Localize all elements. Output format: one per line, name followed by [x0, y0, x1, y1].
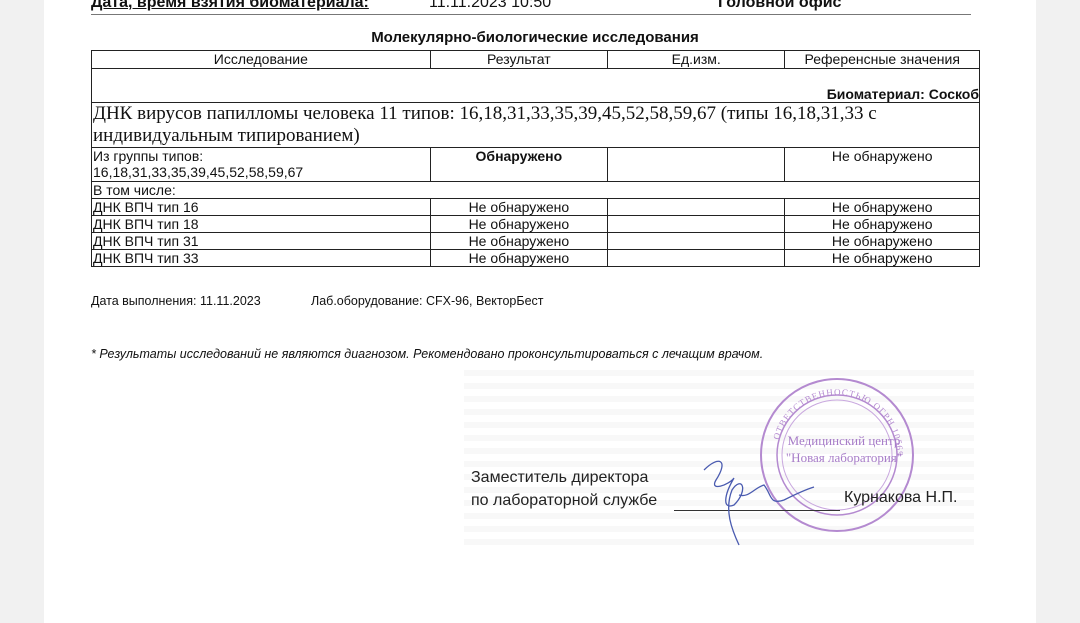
table-row: ДНК ВПЧ тип 18 Не обнаружено Не обнаруже… — [92, 216, 980, 233]
completion-date: Дата выполнения: 11.11.2023 — [91, 294, 261, 308]
collection-datetime-label: Дата, время взятия биоматериала: — [91, 0, 369, 12]
signatory-name: Курнакова Н.П. — [844, 489, 957, 507]
table-row: ДНК ВПЧ тип 31 Не обнаружено Не обнаруже… — [92, 233, 980, 250]
row-name: ДНК ВПЧ тип 18 — [92, 216, 431, 233]
section-title: Молекулярно-биологические исследования — [91, 29, 979, 46]
row-name: ДНК ВПЧ тип 33 — [92, 250, 431, 267]
row-result: Не обнаружено — [430, 233, 607, 250]
disclaimer-note: * Результаты исследований не являются ди… — [91, 347, 763, 361]
document-page: Дата, время взятия биоматериала: 11.11.2… — [44, 0, 1036, 623]
group-result: Обнаружено — [430, 148, 607, 182]
handwritten-signature-icon — [694, 450, 824, 550]
signatory-title-line2: по лабораторной службе — [471, 489, 657, 512]
row-result: Не обнаружено — [430, 250, 607, 267]
collection-datetime-value: 11.11.2023 10:50 — [429, 0, 551, 12]
row-unit — [608, 199, 785, 216]
table-header-row: Исследование Результат Ед.изм. Референсн… — [92, 51, 980, 69]
column-header-test: Исследование — [92, 51, 431, 69]
row-reference: Не обнаружено — [785, 233, 980, 250]
signatory-title: Заместитель директора по лабораторной сл… — [471, 466, 657, 512]
row-unit — [608, 250, 785, 267]
office-name: Головной офис — [718, 0, 841, 12]
row-reference: Не обнаружено — [785, 199, 980, 216]
table-row: ДНК ВПЧ тип 16 Не обнаружено Не обнаруже… — [92, 199, 980, 216]
biomaterial-label: Биоматериал: Соскоб — [92, 69, 980, 103]
collection-info-row: Дата, время взятия биоматериала: 11.11.2… — [91, 0, 971, 15]
row-reference: Не обнаружено — [785, 250, 980, 267]
lab-equipment: Лаб.оборудование: CFX-96, ВекторБест — [311, 294, 544, 308]
group-reference: Не обнаружено — [785, 148, 980, 182]
column-header-unit: Ед.изм. — [608, 51, 785, 69]
row-unit — [608, 216, 785, 233]
group-name-line2: 16,18,31,33,35,39,45,52,58,59,67 — [93, 164, 429, 180]
subheader-including: В том числе: — [92, 182, 980, 199]
stamp-line1: Медицинский центр — [774, 432, 914, 449]
column-header-reference: Референсные значения — [785, 51, 980, 69]
group-result-row: Из группы типов: 16,18,31,33,35,39,45,52… — [92, 148, 980, 182]
group-unit — [608, 148, 785, 182]
row-name: ДНК ВПЧ тип 16 — [92, 199, 431, 216]
row-name: ДНК ВПЧ тип 31 — [92, 233, 431, 250]
row-result: Не обнаружено — [430, 199, 607, 216]
group-name: Из группы типов: 16,18,31,33,35,39,45,52… — [92, 148, 431, 182]
table-row: ДНК ВПЧ тип 33 Не обнаружено Не обнаруже… — [92, 250, 980, 267]
row-result: Не обнаружено — [430, 216, 607, 233]
group-name-line1: Из группы типов: — [93, 148, 429, 164]
results-table: Исследование Результат Ед.изм. Референсн… — [91, 50, 980, 267]
row-reference: Не обнаружено — [785, 216, 980, 233]
test-name: ДНК вирусов папилломы человека 11 типов:… — [92, 103, 980, 148]
row-unit — [608, 233, 785, 250]
signatory-title-line1: Заместитель директора — [471, 466, 657, 489]
column-header-result: Результат — [430, 51, 607, 69]
